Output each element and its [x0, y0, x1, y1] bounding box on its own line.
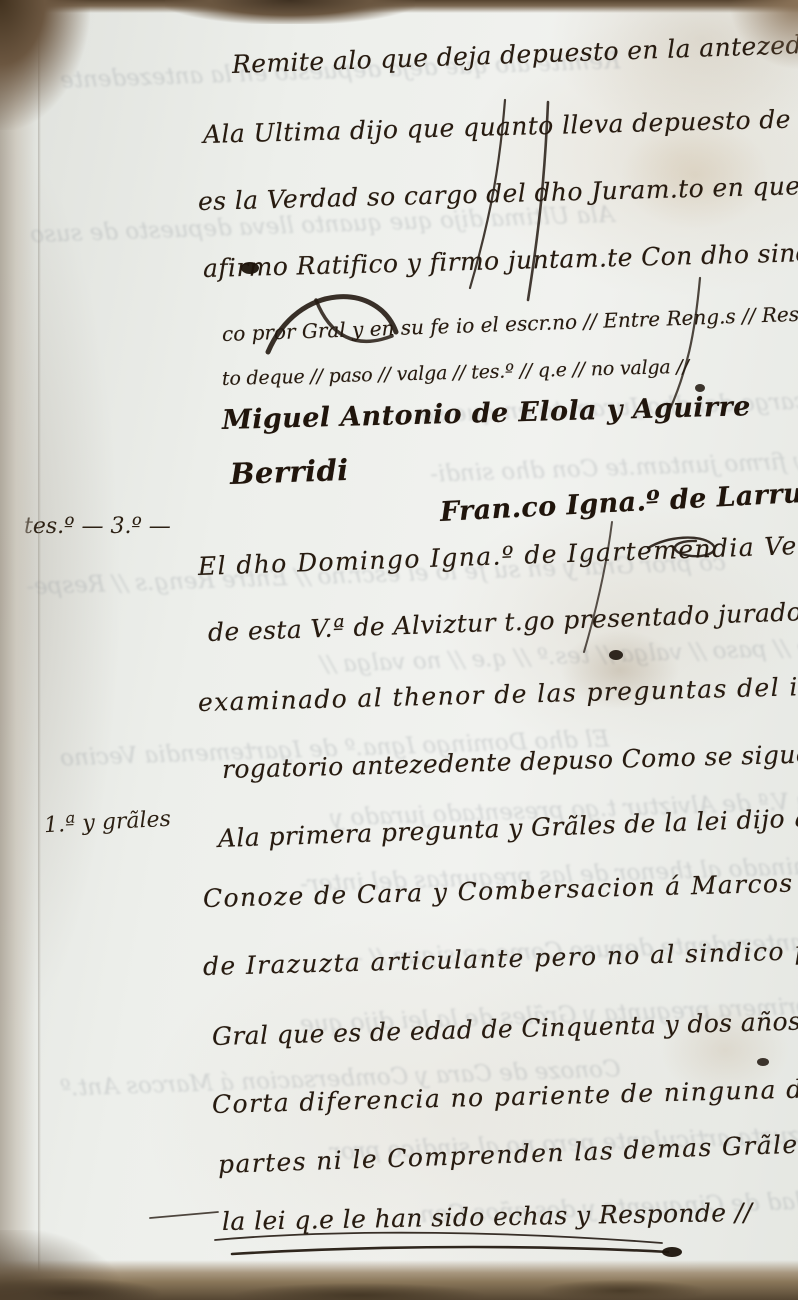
page-corner-top-right — [728, 0, 798, 70]
signature-elola-aguirre: Miguel Antonio de Elola y Aguirre — [222, 391, 752, 436]
manuscript-line: Gral que es de edad de Cinquenta y dos a… — [212, 1005, 798, 1051]
margin-note-witness-3: tes.º — 3.º — — [24, 514, 171, 539]
manuscript-line: afirmo Ratifico y firmo juntam.te Con dh… — [203, 238, 798, 283]
margin-note-first-and-generals: 1.ª y grãles — [43, 807, 171, 839]
manuscript-line: es la Verdad so cargo del dho Juram.to e… — [198, 170, 798, 216]
signature-larrumbide: Fran.co Igna.º de Larrumbide — [439, 473, 798, 528]
manuscript-line: to deque // paso // valga // tes.º // q.… — [222, 356, 689, 390]
manuscript-line: Conoze de Cara y Combersacion á Marcos A… — [203, 866, 798, 913]
manuscript-line: Ala Ultima dijo que quanto lleva depuest… — [203, 103, 798, 149]
manuscript-page: Remite alo que deja depuesto en la antez… — [0, 0, 798, 1300]
manuscript-line: El dho Domingo Igna.º de Igartemendia Ve… — [197, 529, 798, 581]
binding-corner-top-left — [0, 0, 90, 130]
page-left-deckle-edge — [0, 0, 36, 1300]
manuscript-line: partes ni le Comprenden las demas Grãles… — [217, 1128, 798, 1179]
manuscript-line: Corta diferencia no pariente de ninguna … — [212, 1073, 798, 1119]
page-left-crease — [38, 0, 41, 1300]
page-corner-bottom-left — [0, 1230, 120, 1300]
manuscript-line: co pror Gral y en su fe io el escr.no //… — [222, 301, 798, 346]
manuscript-line: de Irazuzta articulante pero no al sindi… — [203, 935, 798, 981]
manuscript-line: rogatorio antezedente depuso Como se sig… — [222, 738, 798, 784]
manuscript-line: examinado al thenor de las preguntas del… — [198, 670, 798, 717]
manuscript-line: Ala primera pregunta y Grãles de la lei … — [217, 802, 798, 853]
signature-berridi: Berridi — [229, 453, 349, 491]
manuscript-line: Remite alo que deja depuesto en la antez… — [231, 28, 798, 79]
page-top-edge-blotch — [165, 0, 415, 24]
manuscript-line: la lei q.e le han sido echas y Responde … — [222, 1198, 753, 1236]
manuscript-line: de esta V.ª de Alviztur t.go presentado … — [207, 596, 798, 647]
